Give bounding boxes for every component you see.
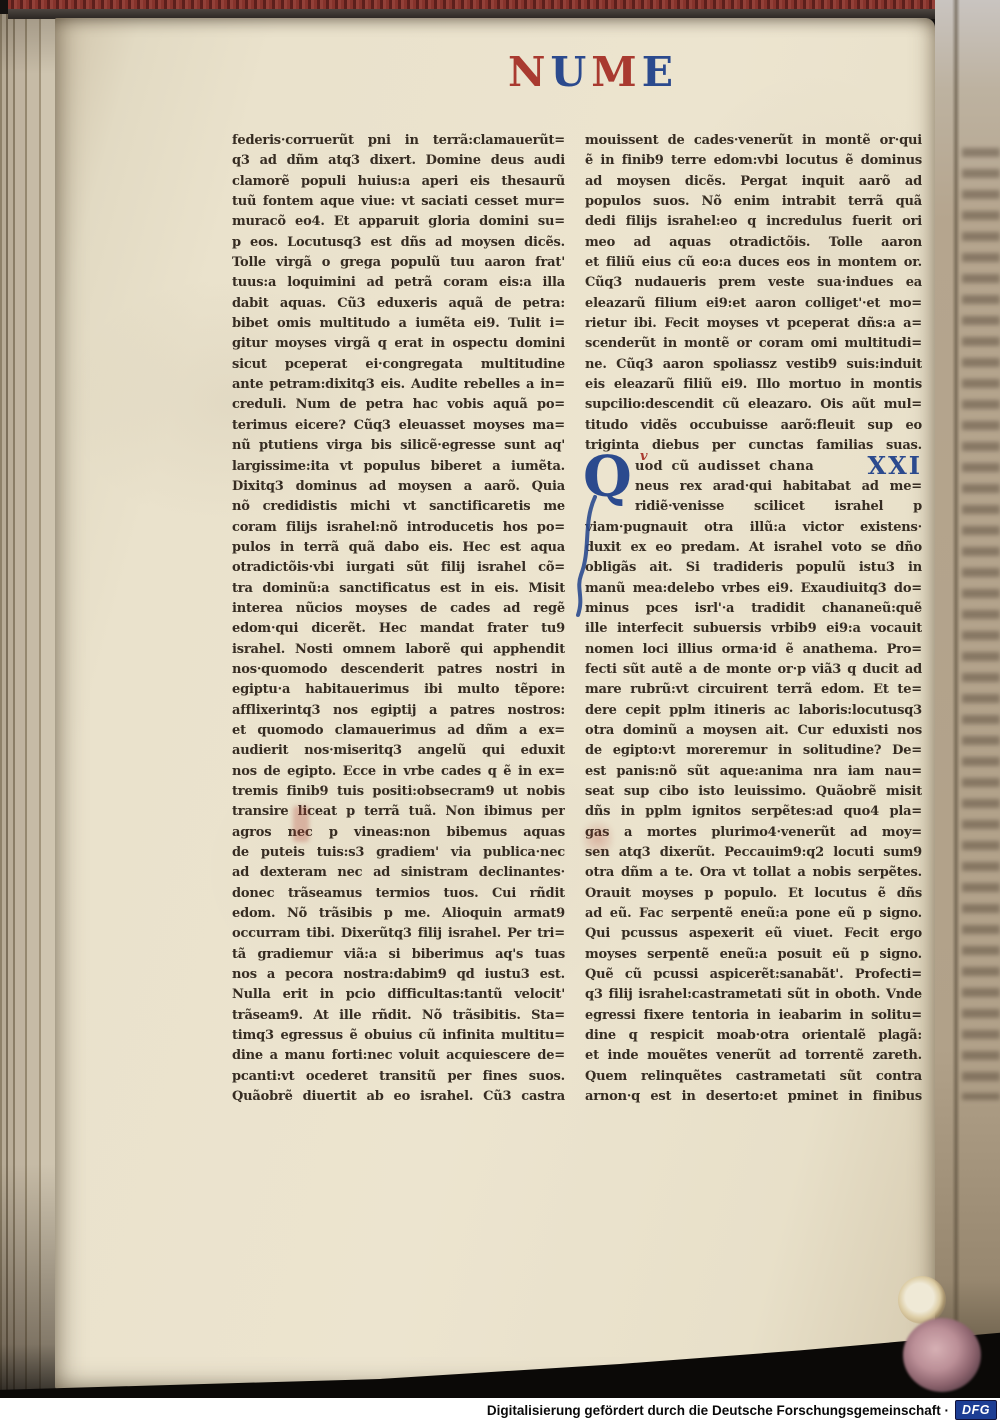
text-line: arnon·q est in deserto:et pminet in fini… bbox=[585, 1087, 922, 1107]
text-line: tremis finib9 tuis positi:obsecram9 ut n… bbox=[232, 782, 565, 802]
text-line: obligãs ait. Si tradideris populũ istu3 … bbox=[585, 558, 922, 578]
text-line: viam·pugnauit otra illũ:a victor existen… bbox=[585, 518, 922, 538]
page-gap-shadow bbox=[952, 0, 960, 1380]
text-line: pulos in terrã quã dabo eis. Hec est aqu… bbox=[232, 538, 565, 558]
text-line: israhel. Nosti omnem laborẽ qui apphendi… bbox=[232, 640, 565, 660]
chapter-number: XXI bbox=[868, 455, 922, 477]
text-line: et quomodo clamauerimus ad dñm a ex= bbox=[232, 721, 565, 741]
text-column-left: federis·corruerũt pni in terrã:clamauerũ… bbox=[232, 131, 565, 1108]
text-line: egiptu·a habitauerimus ibi multo tẽpore: bbox=[232, 680, 565, 700]
chapter-initial-letter: Q bbox=[585, 457, 635, 498]
text-line: gas a mortes plurimo4·venerũt ad moy= bbox=[585, 823, 922, 843]
running-title-letter: U bbox=[551, 48, 592, 96]
text-line: terimus eicere? Cũq3 eleuasset moyses ma… bbox=[232, 416, 565, 436]
text-line: mare rubrũ:vt circuirent terrã edom. Et … bbox=[585, 680, 922, 700]
text-line: trãseam9. At ille rñdit. Nõ trãsibitis. … bbox=[232, 1006, 565, 1026]
text-line: neus rex arad·qui habitabat ad me= bbox=[635, 477, 922, 497]
text-line: otradictõis·vbi iurgati sũt filij israhe… bbox=[232, 558, 565, 578]
text-line: tuus:a loquimini ad petrã coram eis:a il… bbox=[232, 273, 565, 293]
text-line: otra dominũ a moysen ait. Cur eduxisti n… bbox=[585, 721, 922, 741]
text-line: supcilio:descendit cũ eleazaro. Ois aũt … bbox=[585, 395, 922, 415]
text-line: mouissent de cades·venerũt in montẽ or·q… bbox=[585, 131, 922, 151]
text-line: ne. Cũq3 aaron spoliassz vestib9 suis:in… bbox=[585, 355, 922, 375]
text-line: Quãobrẽ diuertit ab eo israhel. Cũ3 cast… bbox=[232, 1087, 565, 1107]
chapter-opening-text: uod cũ audisset chana bbox=[635, 459, 814, 474]
chapter-opening-line: XXI uod cũ audisset chana bbox=[585, 457, 922, 477]
text-line: nos a pecora nostra:dabim9 qd iustu3 est… bbox=[232, 965, 565, 985]
text-line: dñs in pplm ignitos serpẽtes:ad quo4 pla… bbox=[585, 802, 922, 822]
book-page-stack-edge bbox=[0, 14, 56, 1404]
text-line: titudo vidẽs occubuisse aarõ:fleuit sup … bbox=[585, 416, 922, 436]
text-line: Orauit moyses p populo. Et locutus ẽ dñs bbox=[585, 884, 922, 904]
text-line: eleazarũ filium ei9:et aaron colliget'·e… bbox=[585, 294, 922, 314]
text-line: federis·corruerũt pni in terrã:clamauerũ… bbox=[232, 131, 565, 151]
text-line: Tolle virgã o grega populũ tuu aaron fra… bbox=[232, 253, 565, 273]
text-line: moyses serpentẽ eneũ:a posuit eũ p signo… bbox=[585, 945, 922, 965]
text-line: ad moysen dicẽs. Pergat inquit aarõ ad bbox=[585, 172, 922, 192]
text-line: muracõ eo4. Et apparuit gloria domini su… bbox=[232, 212, 565, 232]
running-title-letter: E bbox=[642, 48, 678, 96]
text-line: ante petram:dixitq3 eis. Audite rebelles… bbox=[232, 375, 565, 395]
text-line: timq3 egressus ẽ obuius cũ infinita mult… bbox=[232, 1026, 565, 1046]
text-line: dedi filijs israhel:eo q incredulus fuer… bbox=[585, 212, 922, 232]
text-line: edom·qui dicerẽt. Hec mandat frater tu9 bbox=[232, 619, 565, 639]
text-line: nos de egipto. Ecce in vrbe cades q ẽ in… bbox=[232, 762, 565, 782]
credit-text: Digitalisierung gefördert durch die Deut… bbox=[487, 1403, 949, 1418]
text-line: eis eleazarũ filiũ ei9. Illo mortuo in m… bbox=[585, 375, 922, 395]
digitization-credit-bar: Digitalisierung gefördert durch die Deut… bbox=[0, 1398, 1000, 1422]
text-line: occurram tibi. Dixerũtq3 filij israhel. … bbox=[232, 924, 565, 944]
text-line: sen atq3 dixerũt. Peccauim9:q2 locuti su… bbox=[585, 843, 922, 863]
text-line: dine q respicit moab·otra orientalẽ plag… bbox=[585, 1026, 922, 1046]
text-line: agros nec p vineas:non bibemus aquas bbox=[232, 823, 565, 843]
text-line: tã gradiemur viã:a si biberimus aq's tua… bbox=[232, 945, 565, 965]
text-line: p eos. Locutusq3 est dñs ad moysen dicẽs… bbox=[232, 233, 565, 253]
text-line: scenderũt in montẽ or coram omi multitud… bbox=[585, 334, 922, 354]
text-line: ille interfecit subuersis vrbib9 ei9:a v… bbox=[585, 619, 922, 639]
text-line: transire liceat p terrã tuã. Non ibimus … bbox=[232, 802, 565, 822]
chapter-body: neus rex arad·qui habitabat ad me=ridiẽ·… bbox=[585, 477, 922, 1108]
text-line: pcanti:vt ocederet transitũ per fines su… bbox=[232, 1067, 565, 1087]
chapter-21-block: v Q XXI uod cũ audisset chana neus rex a… bbox=[585, 457, 922, 1108]
text-line: gitur moyses virgã q erat in ospectu dom… bbox=[232, 334, 565, 354]
scanned-manuscript-page: NUME federis·corruerũt pni in terrã:clam… bbox=[0, 0, 1000, 1422]
text-line: de puteis tuis:s3 gradiem' via publica·n… bbox=[232, 843, 565, 863]
text-line: edom. Nõ trãsibis p me. Alioquin armat9 bbox=[232, 904, 565, 924]
running-title: NUME bbox=[443, 52, 743, 93]
text-line: dere cepit pplm itineris ac laboris:locu… bbox=[585, 701, 922, 721]
text-line: tra dominũ:a sanctificatus est in eis. M… bbox=[232, 579, 565, 599]
text-line: Quẽ cũ pcussi aspicerẽt:sanabãt'. Profec… bbox=[585, 965, 922, 985]
text-line: minus pces isrl'·a tradidit chananeũ:quẽ bbox=[585, 599, 922, 619]
column-right-part1: mouissent de cades·venerũt in montẽ or·q… bbox=[585, 131, 922, 457]
text-line: clamorẽ populi huius:a aperi eis thesaur… bbox=[232, 172, 565, 192]
text-line: Nulla erit in pcio difficultas:tantũ vel… bbox=[232, 985, 565, 1005]
text-line: Qui pcussus aspexerit eũ viuet. Fecit er… bbox=[585, 924, 922, 944]
text-line: q3 ad dñm atq3 dixert. Domine deus audi bbox=[232, 151, 565, 171]
text-line: bibet omis multitudo a iumẽta ei9. Tulit… bbox=[232, 314, 565, 334]
text-line: otra dñm a te. Ora vt tollat a nobis ser… bbox=[585, 863, 922, 883]
wax-stain bbox=[898, 1276, 946, 1324]
text-line: ad dexteram nec ad sinistram declinantes… bbox=[232, 863, 565, 883]
text-line: duxit ex eo predam. At israhel voto se d… bbox=[585, 538, 922, 558]
text-line: seat sup cibo isto leuissimo. Quãobrẽ mi… bbox=[585, 782, 922, 802]
text-line: et inde mouẽtes venerũt ad torrentẽ zare… bbox=[585, 1046, 922, 1066]
parchment-page: NUME federis·corruerũt pni in terrã:clam… bbox=[55, 18, 935, 1390]
text-line: tuũ fontem aque viue: vt saciati cesset … bbox=[232, 192, 565, 212]
dfg-logo: DFG bbox=[955, 1400, 997, 1420]
text-line: nomen loci illius orma·id ẽ anathema. Pr… bbox=[585, 640, 922, 660]
text-line: Cũq3 nudaueris prem veste sua·indues ea bbox=[585, 273, 922, 293]
text-line: de egipto:vt moreremur in solitudine? De… bbox=[585, 741, 922, 761]
facing-page-ghost-text bbox=[962, 148, 1000, 1100]
text-line: nos·quomodo descenderit patres nostri in bbox=[232, 660, 565, 680]
text-line: Quem relinquẽtes castrametati sũt contra bbox=[585, 1067, 922, 1087]
text-line: manũ mea:delebo vrbes ei9. Exaudiuitq3 d… bbox=[585, 579, 922, 599]
text-line: Dixitq3 dominus ad moysen a aarõ. Quia bbox=[232, 477, 565, 497]
text-line: interea nũcios moyses de cades ad regẽ bbox=[232, 599, 565, 619]
text-line: ridiẽ·venisse scilicet israhel p explora… bbox=[635, 497, 922, 517]
text-line: egressi fixere tentoria in ieabarim in s… bbox=[585, 1006, 922, 1026]
text-line: rietur ibi. Fecit moyses vt pceperat dñs… bbox=[585, 314, 922, 334]
text-line: meo ad aquas otradictõis. Tolle aaron bbox=[585, 233, 922, 253]
text-line: populos suos. Nõ enim intrabit terrã quã bbox=[585, 192, 922, 212]
running-title-letter: M bbox=[591, 48, 641, 96]
text-line: largissime:ita vt populus biberet a iumẽ… bbox=[232, 457, 565, 477]
text-line: nũ ptutiens virga bis silicẽ·egresse sun… bbox=[232, 436, 565, 456]
text-line: creduli. Num de petra hac vobis aquã po= bbox=[232, 395, 565, 415]
rubricator-guide-mark: v bbox=[640, 449, 647, 464]
text-line: q3 filij israhel:castrametati sũt in obo… bbox=[585, 985, 922, 1005]
text-column-right: mouissent de cades·venerũt in montẽ or·q… bbox=[585, 131, 922, 1108]
bookmark-ribbon bbox=[903, 1318, 981, 1392]
text-line: ẽ in finib9 terre edom:vbi locutus ẽ dom… bbox=[585, 151, 922, 171]
text-line: dine a manu forti:nec voluit acquiescere… bbox=[232, 1046, 565, 1066]
text-line: donec trãseamus termios tuos. Cui rñdit bbox=[232, 884, 565, 904]
text-line: afflixerintq3 nos egiptij a patres nostr… bbox=[232, 701, 565, 721]
text-line: fecti sũt autẽ a de monte or·p viã3 q du… bbox=[585, 660, 922, 680]
text-line: coram filijs israhel:nõ introducetis hos… bbox=[232, 518, 565, 538]
text-line: est panis:nõ sũt aque:anima nra iam nau= bbox=[585, 762, 922, 782]
text-line: dabit aquas. Cũ3 eduxeris aquã de petra: bbox=[232, 294, 565, 314]
running-title-letter: N bbox=[508, 48, 550, 96]
text-line: sicut pceperat ei·congregata multitudine bbox=[232, 355, 565, 375]
ink-bleed-mark bbox=[293, 806, 309, 842]
initial-tail-flourish bbox=[573, 497, 603, 627]
text-line: audierit nos·miseritq3 angelũ qui eduxit bbox=[232, 741, 565, 761]
text-line: ad eũ. Fac serpentẽ eneũ:a pone eũ p sig… bbox=[585, 904, 922, 924]
book-headband bbox=[8, 0, 935, 9]
text-line: nõ credidistis michi vt sanctificaretis … bbox=[232, 497, 565, 517]
ink-bleed-mark bbox=[583, 816, 613, 860]
text-line: et filiũ eius cũ eo:a duces eos in monte… bbox=[585, 253, 922, 273]
